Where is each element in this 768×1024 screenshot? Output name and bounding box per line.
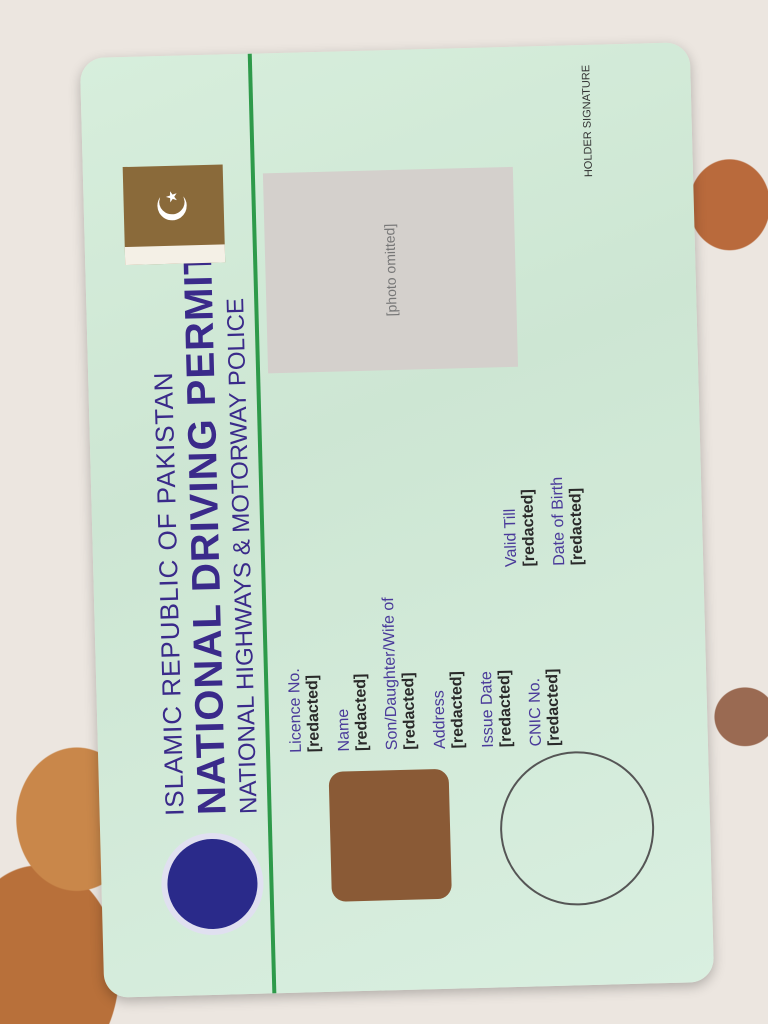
holder-photo: [photo omitted] (263, 167, 518, 373)
field-cnic: CNIC No. [redacted] (524, 593, 564, 747)
signature-label: HOLDER SIGNATURE (580, 65, 595, 178)
card-fields: Licence No. [redacted] Name [redacted] S… (284, 592, 576, 752)
field-address: Address [redacted] (428, 595, 468, 749)
police-emblem-icon (160, 832, 265, 937)
field-relation: Son/Daughter/Wife of [redacted] (380, 597, 420, 751)
card-header: ISLAMIC REPUBLIC OF PAKISTAN NATIONAL DR… (145, 248, 264, 816)
field-dob: Date of Birth [redacted] (549, 476, 587, 566)
licensing-seal (498, 749, 656, 907)
driving-permit-card: ISLAMIC REPUBLIC OF PAKISTAN NATIONAL DR… (80, 42, 714, 998)
field-licence-no: Licence No. [redacted] (284, 599, 324, 753)
flag-icon: ☪ (123, 164, 226, 265)
smart-chip (329, 769, 452, 902)
field-name: Name [redacted] (332, 598, 372, 752)
card-face: ISLAMIC REPUBLIC OF PAKISTAN NATIONAL DR… (80, 42, 714, 998)
field-issue-date: Issue Date [redacted] (476, 594, 516, 748)
field-valid-till: Valid Till [redacted] (501, 477, 539, 567)
card-fields-right: Valid Till [redacted] Date of Birth [red… (501, 476, 599, 567)
